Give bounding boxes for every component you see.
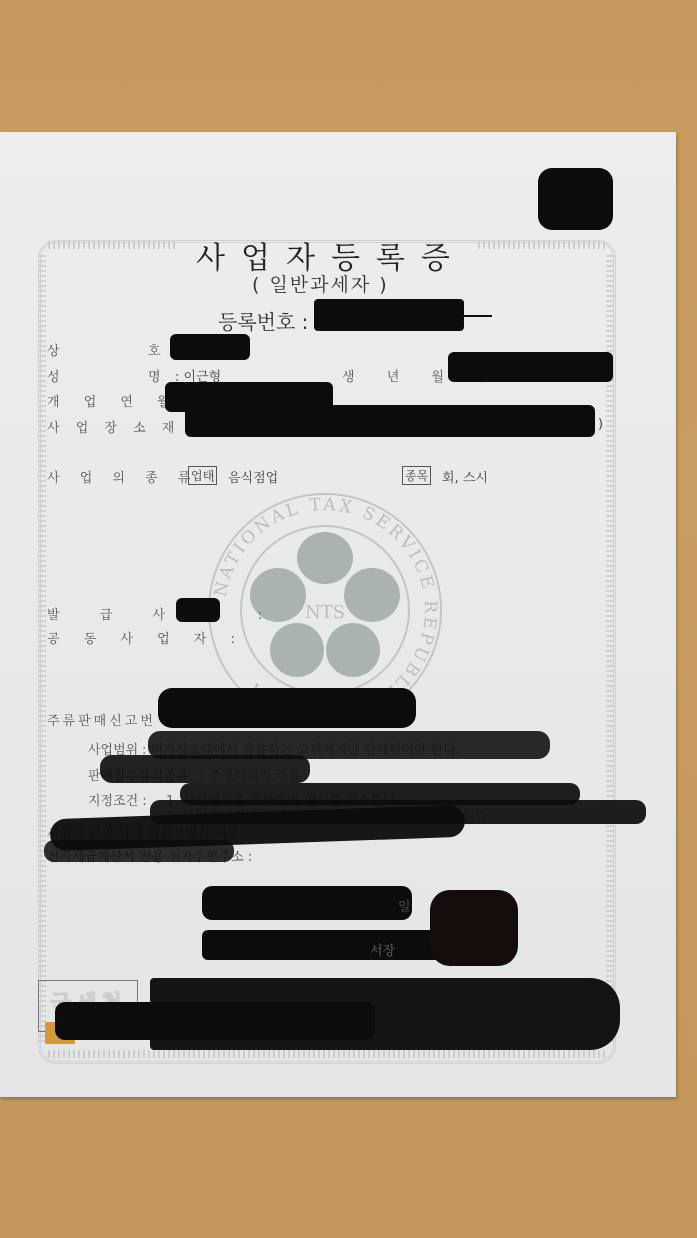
redacted-address xyxy=(185,405,595,437)
redacted-trade-name xyxy=(170,334,250,360)
issue-reason-label: 발 급 사 유 : xyxy=(47,604,280,623)
redacted-serial xyxy=(538,168,613,230)
name-label-first: 성 xyxy=(47,366,74,385)
redacted-registration-number xyxy=(314,299,464,331)
border-pattern-top-left xyxy=(48,241,176,249)
redacted-e-invoice xyxy=(44,840,234,862)
border-pattern-top-right xyxy=(478,241,608,249)
item-value: 회, 스시 xyxy=(442,467,488,486)
category-tag: 업태 xyxy=(188,466,217,485)
redacted-liquor-license xyxy=(158,688,416,728)
redaction-stroke xyxy=(462,315,492,317)
border-pattern-bottom xyxy=(48,1050,608,1058)
seal-center-text: NTS xyxy=(305,602,345,623)
registration-number-label: 등록번호 : xyxy=(218,306,308,335)
border-pattern-left xyxy=(38,255,46,1045)
taxpayer-type: ( 일반과세자 ) xyxy=(252,270,389,297)
redacted-issue-reason xyxy=(176,598,220,622)
category-value: 음식점업 xyxy=(228,467,278,486)
redacted-liquor-kind xyxy=(100,755,310,783)
liquor-license-label: 주류판매신고번 xyxy=(47,710,156,729)
co-owner-label: 공 동 사 업 자 : xyxy=(47,628,245,647)
item-tag: 종목 xyxy=(402,466,431,485)
redacted-official-stamp xyxy=(430,890,518,966)
redacted-footer-stroke xyxy=(55,1002,375,1040)
redacted-tax-office xyxy=(202,930,442,960)
tax-office-suffix: 서장 xyxy=(370,940,395,959)
issue-date-suffix: 일 xyxy=(398,896,411,915)
condition-label: 지정조건 : xyxy=(88,790,147,809)
address-close-paren: ) xyxy=(598,417,603,432)
redacted-birth-date xyxy=(448,352,613,382)
trade-name-label-first: 상 xyxy=(47,340,74,359)
redacted-issue-date xyxy=(202,886,412,920)
